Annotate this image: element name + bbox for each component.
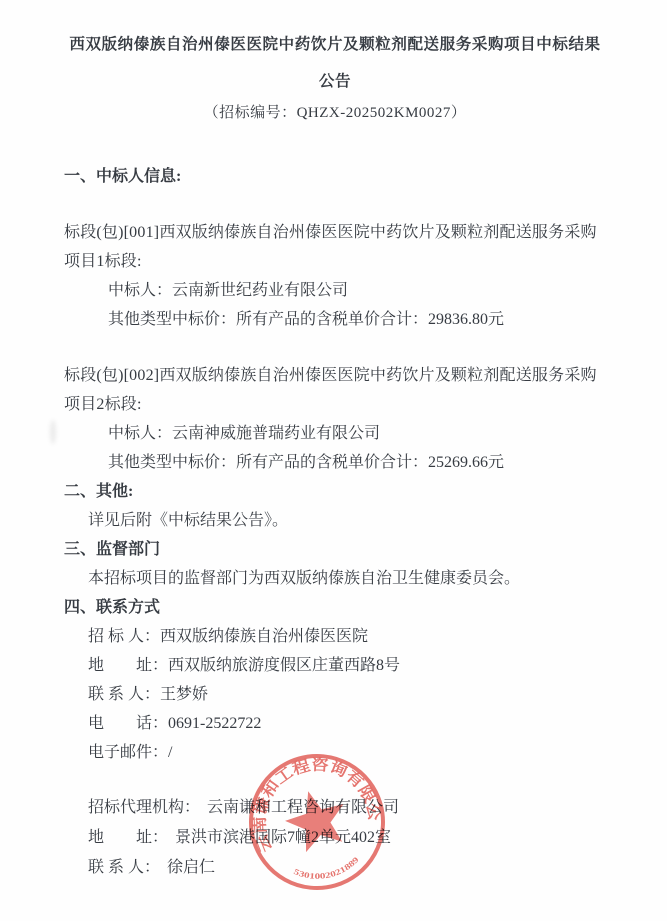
contact-row-phone: 电 话：0691-2522722 [64,709,606,738]
agency-row-person: 联 系 人：徐启仁 [64,853,606,883]
lot1-winner: 中标人：云南新世纪药业有限公司 [64,276,606,305]
contact-value: 西双版纳傣族自治州傣医医院 [160,628,368,645]
lot2-intro: 标段(包)[002]西双版纳傣族自治州傣医医院中药饮片及颗粒剂配送服务采购项目2… [64,361,606,419]
contact-label: 地 址： [88,657,168,674]
contact-block: 招 标 人：西双版纳傣族自治州傣医医院 地 址：西双版纳旅游度假区庄董西路8号 … [64,622,606,767]
contact-value: 0691-2522722 [168,715,261,732]
section-3-heading: 三、监督部门 [64,535,606,564]
contact-value: 王梦娇 [160,686,208,703]
agency-label: 联 系 人： [88,859,160,876]
lot1-intro: 标段(包)[001]西双版纳傣族自治州傣医医院中药饮片及颗粒剂配送服务采购项目1… [64,218,606,276]
page-title: 西双版纳傣族自治州傣医医院中药饮片及颗粒剂配送服务采购项目中标结果公告 [64,26,606,100]
agency-value: 景洪市滨港国际7幢2单元402室 [175,829,391,846]
agency-row-name: 招标代理机构：云南谦和工程咨询有限公司 [64,793,606,823]
agency-row-address: 地 址：景洪市滨港国际7幢2单元402室 [64,823,606,853]
lot2-price: 其他类型中标价：所有产品的含税单价合计：25269.66元 [64,448,606,477]
lot2-winner: 中标人：云南神威施普瑞药业有限公司 [64,419,606,448]
contact-value: 西双版纳旅游度假区庄董西路8号 [168,657,400,674]
contact-label: 电子邮件： [88,744,168,761]
contact-row-person: 联 系 人：王梦娇 [64,680,606,709]
contact-row-email: 电子邮件：/ [64,738,606,767]
scan-artifact [50,420,56,444]
section-3-body: 本招标项目的监督部门为西双版纳傣族自治卫生健康委员会。 [64,564,606,593]
contact-label: 电 话： [88,715,168,732]
section-2-heading: 二、其他: [64,477,606,506]
agency-label: 地 址： [88,829,168,846]
tender-number: （招标编号：QHZX-202502KM0027） [64,100,606,126]
contact-label: 联 系 人： [88,686,160,703]
contact-row-bidder: 招 标 人：西双版纳傣族自治州傣医医院 [64,622,606,651]
section-4-heading: 四、联系方式 [64,593,606,622]
section-2-body: 详见后附《中标结果公告》。 [64,506,606,535]
lot1-price: 其他类型中标价：所有产品的含税单价合计：29836.80元 [64,305,606,334]
agency-block: 招标代理机构：云南谦和工程咨询有限公司 地 址：景洪市滨港国际7幢2单元402室… [64,793,606,883]
contact-value: / [168,744,172,761]
contact-label: 招 标 人： [88,628,160,645]
agency-label: 招标代理机构： [88,799,200,816]
agency-value: 徐启仁 [167,859,215,876]
contact-row-address: 地 址：西双版纳旅游度假区庄董西路8号 [64,651,606,680]
section-1-heading: 一、中标人信息: [64,162,606,191]
agency-value: 云南谦和工程咨询有限公司 [207,799,399,816]
document-page: 西双版纳傣族自治州傣医医院中药饮片及颗粒剂配送服务采购项目中标结果公告 （招标编… [0,0,667,921]
